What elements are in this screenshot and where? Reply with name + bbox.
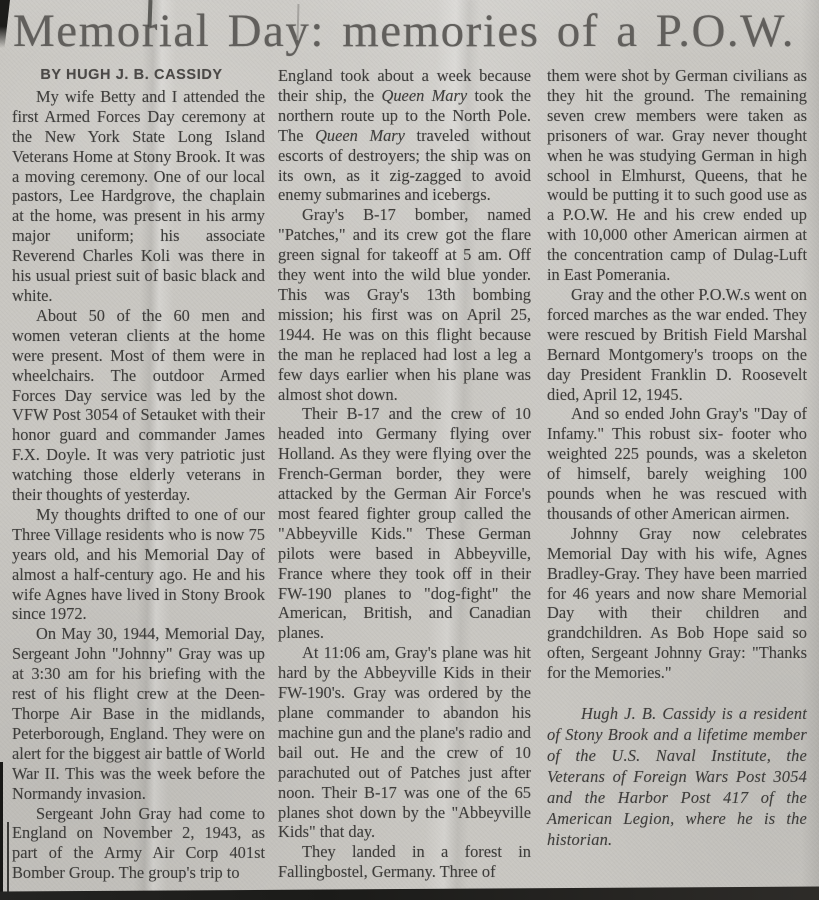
text-segment: About 50 of the 60 men and women veteran… [12, 306, 265, 504]
article-paragraph: Their B-17 and the crew of 10 headed int… [278, 404, 531, 643]
text-segment: My thoughts drifted to one of our Three … [12, 505, 265, 624]
article-paragraph: Gray's B-17 bomber, named "Patches," and… [278, 205, 531, 404]
text-segment: At 11:06 am, Gray's plane was hit hard b… [278, 643, 531, 841]
scan-artifact-left-edge-line [0, 762, 3, 894]
article-paragraph: Sergeant John Gray had come to England o… [12, 804, 265, 884]
text-segment: They landed in a forest in Fallingbostel… [278, 842, 531, 881]
text-segment: On May 30, 1944, Memorial Day, Sergeant … [12, 624, 265, 802]
article-column: England took about a week because their … [278, 66, 531, 882]
article-paragraph: At 11:06 am, Gray's plane was hit hard b… [278, 643, 531, 842]
italic-text-segment: Queen Mary [382, 86, 468, 105]
article-paragraph: Gray and the other P.O.W.s went on force… [547, 285, 807, 404]
author-bio-paragraph: Hugh J. B. Cassidy is a resident of Ston… [547, 703, 807, 850]
article-paragraph: On May 30, 1944, Memorial Day, Sergeant … [12, 624, 265, 803]
article-paragraph: My thoughts drifted to one of our Three … [12, 505, 265, 624]
text-segment: Gray and the other P.O.W.s went on force… [547, 285, 807, 404]
article-paragraph: About 50 of the 60 men and women veteran… [12, 306, 265, 505]
article-paragraph: Johnny Gray now celebrates Memorial Day … [547, 524, 807, 683]
scan-artifact-left-edge-line [7, 822, 9, 892]
article-paragraph: England took about a week because their … [278, 66, 531, 205]
text-segment: Johnny Gray now celebrates Memorial Day … [547, 524, 807, 682]
text-segment: Sergeant John Gray had come to England o… [12, 804, 265, 883]
text-segment: And so ended John Gray's "Day of Infamy.… [547, 404, 807, 523]
article-paragraph: My wife Betty and I attended the first A… [12, 87, 265, 306]
article-headline: Memorial Day: memories of a P.O.W. [13, 4, 813, 58]
text-segment: Their B-17 and the crew of 10 headed int… [278, 404, 531, 642]
article-column: them were shot by German civilians as th… [547, 66, 807, 882]
article-paragraph: And so ended John Gray's "Day of Infamy.… [547, 404, 807, 523]
article-body: BY HUGH J. B. CASSIDY My wife Betty and … [12, 66, 807, 882]
text-segment: Gray's B-17 bomber, named "Patches," and… [278, 205, 531, 403]
article-paragraph: them were shot by German civilians as th… [547, 66, 807, 285]
article-column: BY HUGH J. B. CASSIDY My wife Betty and … [12, 66, 265, 882]
italic-text-segment: Queen Mary [315, 126, 405, 145]
text-segment: Hugh J. B. Cassidy is a resident of Ston… [547, 704, 807, 849]
text-segment: My wife Betty and I attended the first A… [12, 87, 265, 305]
byline: BY HUGH J. B. CASSIDY [12, 66, 251, 86]
article-paragraph: They landed in a forest in Fallingbostel… [278, 842, 531, 882]
scanned-newspaper-page: { "colors": { "paper": "#c9c7c2", "ink":… [0, 0, 819, 900]
text-segment: them were shot by German civilians as th… [547, 66, 807, 284]
